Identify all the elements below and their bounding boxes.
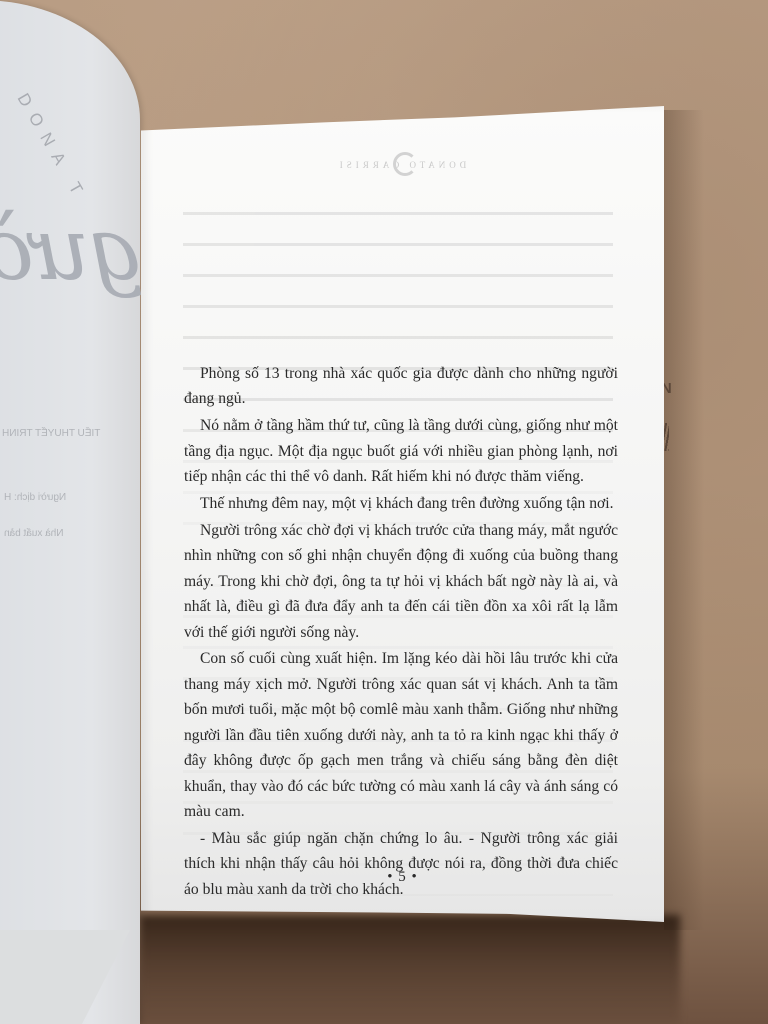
paragraph-4: Người trông xác chờ đợi vị khách trước c… [184,518,618,645]
paragraph-6: - Màu sắc giúp ngăn chặn chứng lo âu. - … [184,826,618,902]
page-number: • 5 • [141,869,664,886]
left-page: DONA T Ngườ TIỂU THUYẾT TRINH Người dịch… [0,0,140,1024]
paragraph-1: Phòng số 13 trong nhà xác quốc gia được … [184,361,618,412]
right-page: DONATO CARRISI Phòng số 13 trong nhà xác… [141,106,664,922]
left-page-translator-bleed: Người dịch: H [4,492,66,503]
book-shadow-bottom [140,915,680,1024]
paragraph-2: Nó nằm ở tầng hầm thứ tư, cũng là tầng d… [184,413,618,489]
paragraph-5: Con số cuối cùng xuất hiện. Im lặng kéo … [184,646,618,824]
left-page-author-bleed: DONA T [13,90,92,207]
page-body-text: Phòng số 13 trong nhà xác quốc gia được … [184,361,618,904]
left-page-subtitle-bleed: TIỂU THUYẾT TRINH [2,428,100,439]
page-shadow-right [664,110,704,930]
publisher-logo-bleed-icon [393,152,417,176]
paragraph-3: Thế nhưng đêm nay, một vị khách đang trê… [184,491,618,516]
left-page-publisher-bleed: Nhà xuất bản [4,528,64,539]
